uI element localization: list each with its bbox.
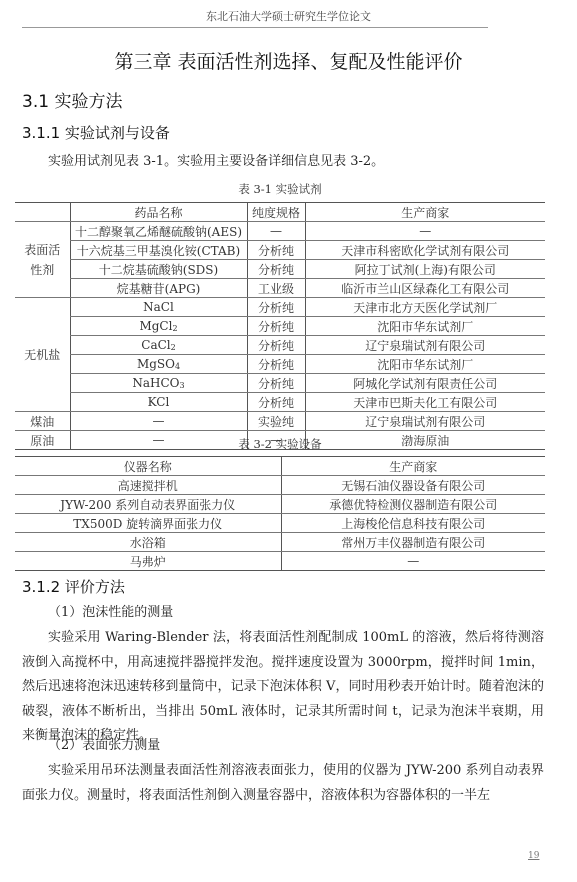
equipment-table: 仪器名称 生产商家 高速搅拌机 无锡石油仪器设备有限公司 JYW-200 系列自… [15,456,545,571]
table-row: 表面活 性剂 十二醇聚氧乙烯醚硫酸钠(AES) — — [15,222,545,241]
table-row: 水浴箱 常州万丰仪器制造有限公司 [15,533,545,552]
tension-subheading: （2）表面张力测量 [22,734,544,759]
foam-paragraph: 实验采用 Waring-Blender 法，将表面活性剂配制成 100mL 的溶… [22,626,544,749]
table-row: 无机盐 NaCl 分析纯 天津市北方天医化学试剂厂 [15,298,545,317]
table-row: JYW-200 系列自动表界面张力仪 承德优特检测仪器制造有限公司 [15,495,545,514]
group-label-inorganic-salt: 无机盐 [15,298,70,412]
tension-paragraph: 实验采用吊环法测量表面活性剂溶液表面张力，使用的仪器为 JYW-200 系列自动… [22,759,544,808]
header-cell [15,203,70,222]
chapter-title: 第三章 表面活性剂选择、复配及性能评价 [0,47,577,74]
section-heading-3-1: 3.1 实验方法 [22,87,122,112]
table-row: MgCl2 分析纯 沈阳市华东试剂厂 [15,317,545,336]
table-row: MgSO4 分析纯 沈阳市华东试剂厂 [15,355,545,374]
table-row: KCl 分析纯 天津市巴斯夫化工有限公司 [15,393,545,412]
formula-cell: CaCl2 [70,336,247,355]
formula-cell: NaHCO3 [70,374,247,393]
table-row: 高速搅拌机 无锡石油仪器设备有限公司 [15,476,545,495]
formula-cell: MgSO4 [70,355,247,374]
table-row: 马弗炉 — [15,552,545,571]
section-heading-3-1-1: 3.1.1 实验试剂与设备 [22,122,170,143]
foam-subheading: （1）泡沫性能的测量 [22,601,544,626]
section-heading-3-1-2: 3.1.2 评价方法 [22,576,125,597]
formula-cell: MgCl2 [70,317,247,336]
table-header-row: 药品名称 纯度规格 生产商家 [15,203,545,222]
table-row: 十二烷基硫酸钠(SDS) 分析纯 阿拉丁试剂(上海)有限公司 [15,260,545,279]
table1-caption: 表 3-1 实验试剂 [0,181,560,197]
intro-paragraph: 实验用试剂见表 3-1。实验用主要设备详细信息见表 3-2。 [22,150,544,175]
table-header-row: 仪器名称 生产商家 [15,457,545,476]
group-label-surfactant: 表面活 性剂 [15,222,70,298]
table-row: 煤油 — 实验纯 辽宁泉瑞试剂有限公司 [15,412,545,431]
header-cell: 仪器名称 [15,457,281,476]
table2-caption: 表 3-2 实验设备 [0,436,560,452]
header-rule [22,27,488,28]
table-row: 十六烷基三甲基溴化铵(CTAB) 分析纯 天津市科密欧化学试剂有限公司 [15,241,545,260]
header-cell: 生产商家 [305,203,545,222]
header-cell: 药品名称 [70,203,247,222]
header-cell: 生产商家 [281,457,545,476]
table-row: CaCl2 分析纯 辽宁泉瑞试剂有限公司 [15,336,545,355]
table-row: TX500D 旋转滴界面张力仪 上海梭伦信息科技有限公司 [15,514,545,533]
running-head: 东北石油大学硕士研究生学位论文 [0,8,577,24]
table-row: NaHCO3 分析纯 阿城化学试剂有限责任公司 [15,374,545,393]
reagents-table: 药品名称 纯度规格 生产商家 表面活 性剂 十二醇聚氧乙烯醚硫酸钠(AES) —… [15,202,545,450]
header-cell: 纯度规格 [247,203,305,222]
page-number: 19 [528,851,539,861]
table-row: 烷基糖苷(APG) 工业级 临沂市兰山区绿森化工有限公司 [15,279,545,298]
